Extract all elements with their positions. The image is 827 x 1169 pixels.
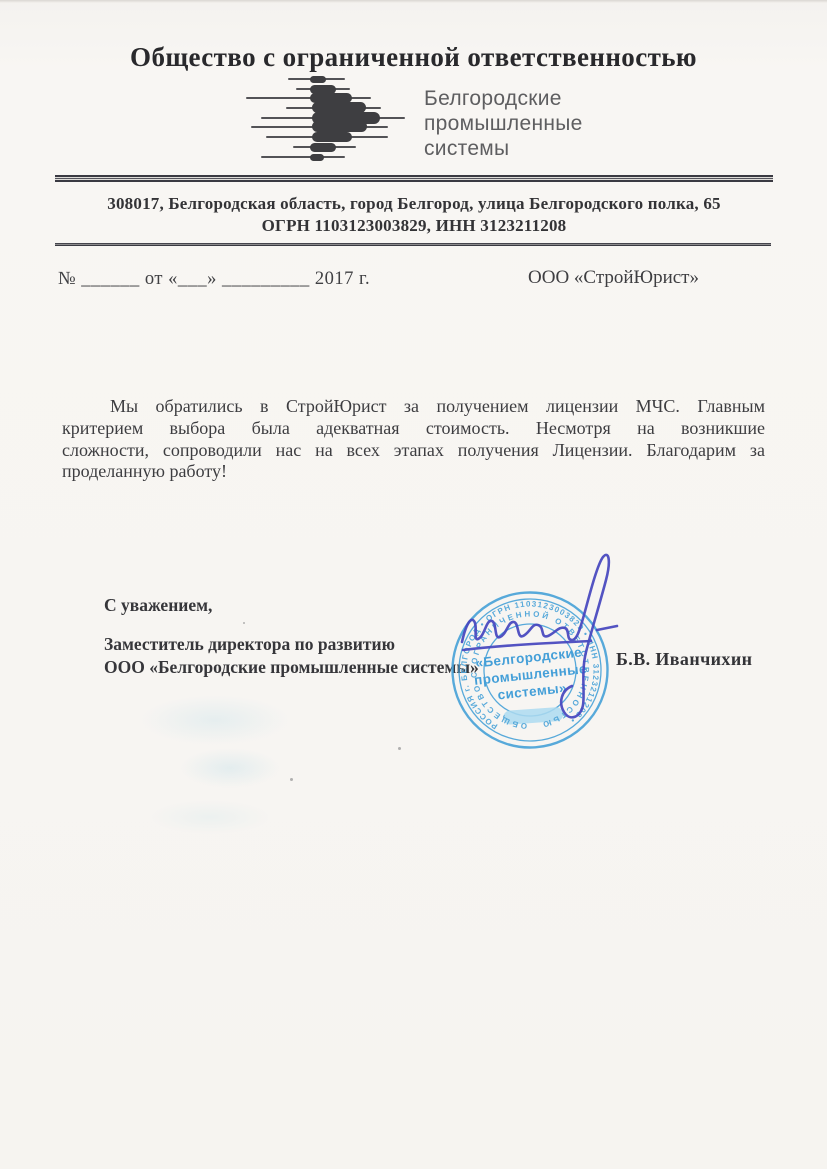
thick-divider-rule	[55, 175, 773, 182]
signatory-position-line-1: Заместитель директора по развитию	[104, 633, 479, 656]
scan-speck	[290, 778, 293, 781]
body-line: Мы обратились в СтройЮрист за получением…	[62, 396, 765, 418]
logo-text-line: Белгородские	[424, 86, 583, 111]
body-line: сложности, сопроводили нас на всех этапа…	[62, 440, 765, 462]
scan-speck	[243, 622, 245, 624]
scan-smudge	[150, 800, 270, 834]
body-line: проделанную работу!	[62, 461, 765, 483]
handwritten-signature	[430, 548, 630, 733]
company-name-logo-text: Белгородские промышленные системы	[424, 86, 583, 161]
scan-speck	[398, 747, 401, 750]
thin-divider-rule	[55, 243, 771, 246]
scanned-letter-page: Общество с ограниченной ответственностью…	[0, 0, 827, 1169]
signatory-position-line-2: ООО «Белгородские промышленные системы»	[104, 656, 479, 679]
address-line-2: ОГРН 1103123003829, ИНН 3123211208	[55, 215, 773, 237]
closing-salutation: С уважением,	[104, 595, 212, 616]
body-line: критерием выбора была адекватная стоимос…	[62, 418, 765, 440]
signatory-name: Б.В. Иванчихин	[616, 649, 752, 670]
signature-dash-stroke	[597, 626, 617, 630]
org-type-heading: Общество с ограниченной ответственностью	[0, 42, 827, 73]
logo-text-line: промышленные	[424, 111, 583, 136]
doc-number-date-line: № ______ от «___» _________ 2017 г.	[58, 269, 370, 290]
address-line-1: 308017, Белгородская область, город Белг…	[55, 193, 773, 215]
scan-smudge	[180, 748, 280, 788]
scan-smudge	[140, 695, 290, 745]
letter-body: Мы обратились в СтройЮрист за получением…	[62, 396, 765, 483]
address-block: 308017, Белгородская область, город Белг…	[55, 193, 773, 237]
logo-text-line: системы	[424, 136, 583, 161]
signature-scribble-stroke	[462, 555, 609, 717]
signatory-position: Заместитель директора по развитию ООО «Б…	[104, 633, 479, 679]
recipient-name: ООО «СтройЮрист»	[528, 267, 699, 289]
company-logo-icon	[238, 76, 438, 164]
signature-underline-stroke	[463, 641, 591, 650]
